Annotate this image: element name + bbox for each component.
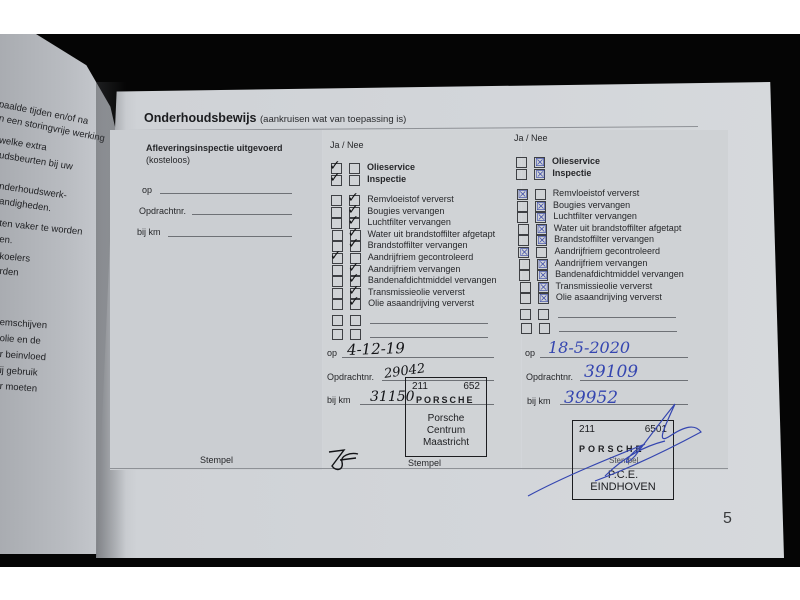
service1-dealer-stamp: 211 652 PORSCHE Porsche Centrum Maastric…: [405, 377, 487, 457]
left-text-line: r moeten: [0, 381, 37, 395]
cross-mark-icon: ☒: [537, 224, 547, 235]
service-item-yes-checkbox[interactable]: [332, 288, 343, 299]
service-item-yes-checkbox[interactable]: [520, 293, 531, 304]
cross-mark-icon: ☒: [537, 235, 547, 246]
left-text-line: rden: [0, 266, 19, 279]
service2-order-value: 39109: [584, 362, 638, 382]
left-text-line: olie en de: [0, 333, 41, 347]
delivery-date-label: op: [142, 185, 152, 195]
porsche-logo: PORSCHE: [416, 395, 475, 405]
service-item-label: Remvloeistof ververst: [553, 188, 640, 198]
stamp-name-line: Porsche: [406, 413, 486, 425]
service2-date-line: [540, 357, 688, 358]
service-item-label: Luchtfilter vervangen: [553, 211, 637, 221]
service-item-yes-checkbox[interactable]: [332, 299, 343, 310]
service-item-yes-checkbox[interactable]: [519, 270, 530, 281]
service1-km-label: bij km: [327, 395, 351, 405]
left-text-line: ij gebruik: [0, 365, 38, 379]
blank-entry-line[interactable]: [558, 317, 676, 318]
service-item-label: Water uit brandstoffilter afgetapt: [368, 229, 496, 239]
service-item-label: Aandrijfriem vervangen: [555, 258, 648, 268]
service-item-label: Water uit brandstoffilter afgetapt: [554, 223, 682, 233]
left-text-line: udsbeurten bij uw: [0, 150, 74, 173]
service-item-yes-checkbox[interactable]: [332, 265, 343, 276]
service-item-label: Aandrijfriem gecontroleerd: [368, 252, 474, 262]
service-item-label: Bandenafdichtmiddel vervangen: [555, 269, 684, 279]
service2-date-label: op: [525, 348, 535, 358]
service-item-yes-checkbox[interactable]: [332, 276, 343, 287]
service-item-yes-checkbox[interactable]: [520, 282, 531, 293]
blank-item-yes-checkbox[interactable]: [521, 323, 532, 334]
blank-item-no-checkbox[interactable]: [538, 309, 549, 320]
service-item-label: Brandstoffilter vervangen: [554, 234, 654, 244]
yes-no-header-2: Ja / Nee: [514, 133, 548, 143]
cross-mark-icon: ☒: [518, 189, 528, 200]
delivery-stamp-label: Stempel: [200, 455, 233, 465]
service1-date-label: op: [327, 348, 337, 358]
stamp-name-line: Maastricht: [406, 437, 486, 449]
main-item-label: Olieservice: [367, 162, 415, 172]
bottom-white-band: [0, 567, 800, 600]
left-text-line: emschijven: [0, 317, 47, 331]
delivery-inspection-column: [110, 130, 322, 470]
cross-mark-icon: ☒: [519, 247, 529, 258]
service-item-label: Brandstoffilter vervangen: [368, 240, 468, 250]
service-item-label: Transmissieolie ververst: [556, 281, 653, 291]
service1-order-label: Opdrachtnr.: [327, 372, 374, 382]
main-item-label: Olieservice: [552, 156, 600, 166]
delivery-order-field[interactable]: [192, 214, 292, 215]
cross-mark-icon: ☒: [539, 282, 549, 293]
service-item-label: Transmissieolie ververst: [368, 287, 465, 297]
service-item-yes-checkbox[interactable]: [517, 212, 528, 223]
blank-entry-line[interactable]: [370, 337, 488, 338]
yes-no-header-1: Ja / Nee: [330, 140, 364, 150]
service-item-no-checkbox[interactable]: [535, 189, 546, 200]
service-item-yes-checkbox[interactable]: [517, 201, 528, 212]
service-item-label: Bougies vervangen: [553, 200, 630, 210]
service-item-label: Olie asaandrijving ververst: [556, 292, 662, 302]
service-item-yes-checkbox[interactable]: [331, 195, 342, 206]
service-item-yes-checkbox[interactable]: [332, 230, 343, 241]
blank-entry-line[interactable]: [370, 323, 488, 324]
service2-date-value: 18-5-2020: [548, 338, 630, 357]
service2-signature: [525, 396, 705, 500]
blank-item-no-checkbox[interactable]: [350, 329, 361, 340]
service-item-label: Remvloeistof ververst: [367, 194, 454, 204]
check-mark-icon: ✓: [348, 295, 360, 309]
cross-mark-icon: ☒: [535, 157, 545, 168]
cross-mark-icon: ☒: [536, 212, 546, 223]
delivery-km-label: bij km: [137, 227, 161, 237]
page-title: Onderhoudsbewijs (aankruisen wat van toe…: [144, 111, 406, 125]
left-text-line: en.: [0, 234, 13, 246]
blank-item-yes-checkbox[interactable]: [520, 309, 531, 320]
delivery-order-label: Opdrachtnr.: [139, 206, 186, 216]
check-mark-icon: ✓: [330, 249, 342, 263]
main-item-no-checkbox[interactable]: [349, 175, 360, 186]
blank-entry-line[interactable]: [559, 331, 677, 332]
cross-mark-icon: ☒: [539, 293, 549, 304]
service1-signature: [326, 446, 360, 474]
service-item-no-checkbox[interactable]: [536, 247, 547, 258]
service-item-yes-checkbox[interactable]: [518, 224, 529, 235]
delivery-note: (kosteloos): [146, 155, 190, 165]
service2-order-label: Opdrachtnr.: [526, 372, 573, 382]
service-item-label: Aandrijfriem vervangen: [368, 264, 461, 274]
service-item-label: Olie asaandrijving ververst: [368, 298, 474, 308]
service-item-yes-checkbox[interactable]: [519, 259, 530, 270]
cross-mark-icon: ☒: [538, 270, 548, 281]
blank-item-no-checkbox[interactable]: [539, 323, 550, 334]
stamp-name-line: Centrum: [406, 425, 486, 437]
delivery-km-field[interactable]: [168, 236, 292, 237]
delivery-heading: Afleveringsinspectie uitgevoerd: [146, 143, 283, 153]
check-mark-icon: ✓: [329, 171, 341, 185]
title-subtitle: (aankruisen wat van toepassing is): [260, 114, 406, 125]
cross-mark-icon: ☒: [538, 259, 548, 270]
service-item-label: Bougies vervangen: [367, 206, 444, 216]
cross-mark-icon: ☒: [536, 201, 546, 212]
cross-mark-icon: ☒: [535, 169, 545, 180]
service-item-yes-checkbox[interactable]: [518, 235, 529, 246]
service-item-label: Bandenafdichtmiddel vervangen: [368, 275, 497, 285]
service1-stamp-label: Stempel: [408, 458, 441, 468]
top-white-band: [0, 0, 800, 34]
main-item-no-checkbox[interactable]: [349, 163, 360, 174]
title-text: Onderhoudsbewijs: [144, 111, 257, 125]
left-text-line: r beinvloed: [0, 349, 46, 363]
service-item-yes-checkbox[interactable]: [331, 218, 342, 229]
service-item-yes-checkbox[interactable]: [331, 207, 342, 218]
check-mark-icon: ✓: [348, 237, 360, 251]
main-item-label: Inspectie: [367, 174, 406, 184]
blank-item-yes-checkbox[interactable]: [332, 315, 343, 326]
service-item-label: Luchtfilter vervangen: [367, 217, 451, 227]
page-number: 5: [723, 510, 732, 528]
service1-date-value: 4-12-19: [347, 339, 405, 359]
stamp-code-left: 211: [412, 381, 428, 392]
stamp-code-right: 652: [463, 381, 480, 392]
main-item-yes-checkbox[interactable]: [516, 169, 527, 180]
blank-item-no-checkbox[interactable]: [350, 315, 361, 326]
main-item-yes-checkbox[interactable]: [516, 157, 527, 168]
blank-item-yes-checkbox[interactable]: [332, 329, 343, 340]
service-item-label: Aandrijfriem gecontroleerd: [554, 246, 660, 256]
delivery-date-field[interactable]: [160, 193, 292, 194]
left-text-line: andigheden.: [0, 196, 52, 214]
main-item-label: Inspectie: [552, 168, 591, 178]
left-text-line: koelers: [0, 251, 31, 265]
